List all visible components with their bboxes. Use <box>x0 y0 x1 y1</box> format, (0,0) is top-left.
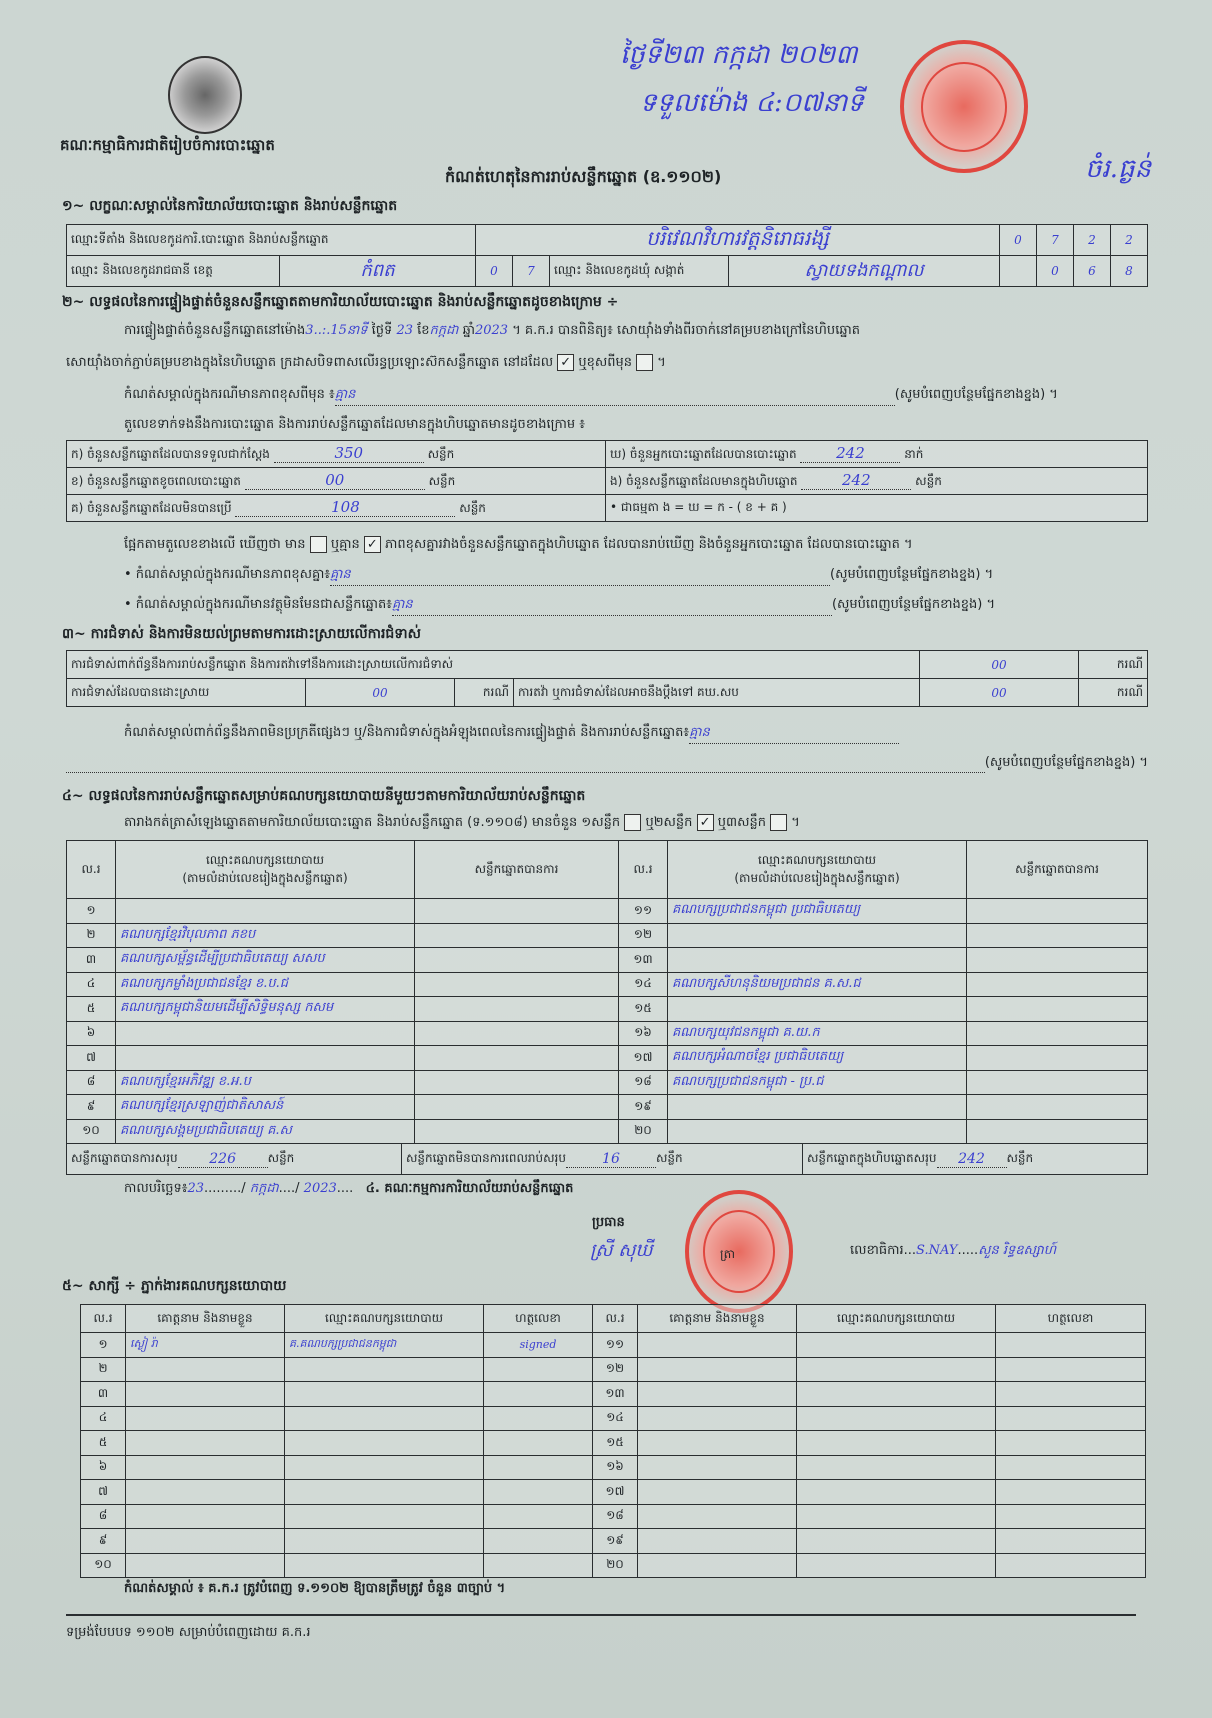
witness-table: ល.រ គោត្តនាម និងនាមខ្លួន ឈ្មោះគណបក្សនយោប… <box>80 1304 1146 1578</box>
witness-name <box>638 1431 797 1456</box>
witness-signature <box>996 1480 1146 1505</box>
party-name: គណបក្សយុវជនកម្ពុជា គ.យ.ក <box>668 1021 967 1046</box>
resolved-count: 00 <box>306 679 455 707</box>
ballots-in-box-value: 242 <box>801 471 911 490</box>
ballots-received-value: 350 <box>274 444 424 463</box>
witness-party <box>797 1431 996 1456</box>
valid-votes <box>415 1095 619 1120</box>
row-number: ១៨ <box>619 1070 668 1095</box>
formula: • ជាធម្មតា ង = ឃ = ក - ( ខ + គ ) <box>606 495 1148 522</box>
table-row: ៩គណបក្សខ្មែរស្រឡាញ់ជាតិសាសន៍១៩ <box>67 1095 1148 1120</box>
witness-name <box>126 1480 285 1505</box>
commune-code-digit: 0 <box>1037 256 1074 287</box>
total-valid-value: 226 <box>178 1151 268 1168</box>
party-name: គណបក្សកម្ពុជានិយមដើម្បីសិទ្ធិមនុស្ស កសម <box>116 997 415 1022</box>
date-day: 23 <box>187 1181 204 1196</box>
row-number: ៣ <box>81 1382 126 1407</box>
valid-votes <box>967 1119 1148 1144</box>
polling-station-name: បរិវេណវិហារវត្តនិរោធរង្សី <box>476 225 1000 256</box>
unused-ballots-value: 108 <box>235 498 455 517</box>
row-number: ៣ <box>67 948 116 973</box>
witness-party <box>285 1529 484 1554</box>
witness-party <box>797 1382 996 1407</box>
table-row: ៤១៤ <box>81 1406 1146 1431</box>
valid-votes <box>415 997 619 1022</box>
spoiled-ballots-value: 00 <box>245 471 425 490</box>
party-name: គណបក្សសីហនុនិយមប្រជាជន គ.ស.ជ <box>668 972 967 997</box>
valid-votes <box>415 899 619 924</box>
row-number: ១០ <box>67 1119 116 1144</box>
witness-party <box>797 1406 996 1431</box>
foreign-object-remark: • កំណត់សម្គាល់ក្នុងករណីមានវត្ថុមិនមែនជាស… <box>124 596 1144 616</box>
province-code-digit: 7 <box>513 256 550 287</box>
table-row: ៩១៩ <box>81 1529 1146 1554</box>
row-number: ១ <box>81 1333 126 1358</box>
party-results-table: ល.រ ឈ្មោះគណបក្សនយោបាយ(តាមលំដាប់លេខរៀងក្ន… <box>66 840 1148 1175</box>
witness-signature <box>484 1529 593 1554</box>
row-number: ១២ <box>619 923 668 948</box>
witness-party <box>797 1504 996 1529</box>
valid-votes <box>967 972 1148 997</box>
row-number: ៥ <box>81 1431 126 1456</box>
valid-votes <box>967 1095 1148 1120</box>
commune-code-digit: 8 <box>1111 256 1148 287</box>
witness-name <box>126 1455 285 1480</box>
valid-votes <box>967 1021 1148 1046</box>
row-number: ១៣ <box>593 1382 638 1407</box>
table-row: ៨១៨ <box>81 1504 1146 1529</box>
province-name: កំពត <box>280 258 475 285</box>
discrepancy-line: ផ្អែកតាមតួលេខខាងលើ ឃើញថា មាន ឬគ្មាន ✓ ភា… <box>124 536 913 555</box>
valid-votes <box>415 1046 619 1071</box>
valid-votes <box>415 972 619 997</box>
ballot-figures-table: ក) ចំនួនសន្លឹកឆ្នោតដែលបានទទួលជាក់ស្តែង 3… <box>66 440 1148 522</box>
table-row: ៦១៦គណបក្សយុវជនកម្ពុជា គ.យ.ក <box>67 1021 1148 1046</box>
valid-votes <box>967 899 1148 924</box>
witness-party <box>285 1406 484 1431</box>
party-name <box>668 948 967 973</box>
row-number: ១១ <box>619 899 668 924</box>
resolved-label: ការជំទាស់ដែលបានដោះស្រាយ <box>67 679 306 707</box>
valid-votes <box>967 1070 1148 1095</box>
chair-label: ប្រធាន <box>592 1214 625 1233</box>
station-code-digit: 2 <box>1074 225 1111 256</box>
province-code-digit: 0 <box>476 256 513 287</box>
objections-table: ការជំទាស់ពាក់ព័ន្ធនឹងការរាប់សន្លឹកឆ្នោត … <box>66 650 1148 707</box>
copies-note: កំណត់សម្គាល់ ៖ គ.ក.រ ត្រូវបំពេញ ទ.១១០២ ឱ… <box>124 1580 505 1599</box>
table-row: ១០គណបក្សសង្គមប្រជាធិបតេយ្យ គ.ស២០ <box>67 1119 1148 1144</box>
irregularity-note-value: គ្មាន <box>689 724 899 744</box>
witness-signature: signed <box>484 1333 593 1358</box>
party-name <box>116 899 415 924</box>
secretary-signature: S.NAY <box>916 1243 957 1258</box>
witness-signature <box>996 1406 1146 1431</box>
witness-name <box>638 1382 797 1407</box>
witness-name <box>638 1357 797 1382</box>
row-number: ៥ <box>67 997 116 1022</box>
valid-votes <box>415 923 619 948</box>
section4-heading: ៤~ លទ្ធផលនៃការរាប់សន្លឹកឆ្នោតសម្រាប់គណបក… <box>62 786 585 807</box>
table-row: ៣១៣ <box>81 1382 1146 1407</box>
witness-signature <box>484 1382 593 1407</box>
three-sheets-checkbox[interactable] <box>770 814 787 831</box>
commune-name: ស្វាយទងកណ្ដាល <box>729 256 1000 287</box>
witness-name <box>638 1455 797 1480</box>
party-name <box>116 1046 415 1071</box>
witness-name <box>638 1529 797 1554</box>
polling-station-label: ឈ្មោះទីតាំង និងលេខកូដការិ.បោះឆ្នោត និងរា… <box>67 225 476 256</box>
party-name: គណបក្សប្រជាជនកម្ពុជា - ប្រ.ជ <box>668 1070 967 1095</box>
table-row: ៨គណបក្សខ្មែរអភិវឌ្ឍ ខ.អ.ប១៨គណបក្សប្រជាជន… <box>67 1070 1148 1095</box>
row-number: ១៦ <box>593 1455 638 1480</box>
committee-label: ៤. គណៈកម្មការការិយាល័យរាប់សន្លឹកឆ្នោត <box>366 1181 574 1196</box>
row-number: ១៥ <box>593 1431 638 1456</box>
witness-signature <box>484 1455 593 1480</box>
row-number: ៤ <box>67 972 116 997</box>
table-row: ២១២ <box>81 1357 1146 1382</box>
valid-votes <box>967 923 1148 948</box>
row-number: ៩ <box>67 1095 116 1120</box>
section1-table: ឈ្មោះទីតាំង និងលេខកូដការិ.បោះឆ្នោត និងរា… <box>66 224 1148 287</box>
party-name: គណបក្សសង្គមប្រជាធិបតេយ្យ គ.ស <box>116 1119 415 1144</box>
different-checkbox[interactable] <box>636 354 653 371</box>
witness-signature <box>996 1333 1146 1358</box>
witness-name <box>638 1553 797 1578</box>
table-row: ៥១៥ <box>81 1431 1146 1456</box>
voters-value: 242 <box>800 444 900 463</box>
no-difference-checkbox[interactable]: ✓ <box>364 536 381 553</box>
chair-signature: ស្រី សុឃី <box>590 1238 653 1265</box>
official-stamp-top <box>900 40 1028 173</box>
witness-name <box>126 1357 285 1382</box>
witness-party <box>285 1357 484 1382</box>
section1-heading: ១~ លក្ខណៈសម្គាល់នៃការិយាល័យបោះឆ្នោត និងរ… <box>62 196 397 217</box>
witness-name <box>126 1553 285 1578</box>
witness-party <box>285 1480 484 1505</box>
table-row: ៧១៧ <box>81 1480 1146 1505</box>
table-row: ១០២០ <box>81 1553 1146 1578</box>
witness-party <box>285 1431 484 1456</box>
party-name <box>668 997 967 1022</box>
witness-signature <box>484 1553 593 1578</box>
section2-heading: ២~ លទ្ធផលនៃការផ្ទៀងផ្ទាត់ចំនួនសន្លឹកឆ្នោ… <box>62 292 618 313</box>
objections-count: 00 <box>920 651 1079 679</box>
figures-intro: តួលេខទាក់ទងនឹងការបោះឆ្នោត និងការរាប់សន្ល… <box>124 416 585 435</box>
row-number: ១៣ <box>619 948 668 973</box>
party-name: គណបក្សកម្លាំងប្រជាជនខ្មែរ ខ.ប.ជ <box>116 972 415 997</box>
province-label: ឈ្មោះ និងលេខកូដរាជធានី ខេត្ត <box>67 256 280 286</box>
table-row: ១១១គណបក្សប្រជាជនកម្ពុជា ប្រជាធិបតេយ្យ <box>67 899 1148 924</box>
two-sheets-checkbox[interactable]: ✓ <box>697 814 714 831</box>
party-name: គណបក្សខ្មែរអភិវឌ្ឍ ខ.អ.ប <box>116 1070 415 1095</box>
witness-signature <box>996 1553 1146 1578</box>
has-difference-checkbox[interactable] <box>310 536 327 553</box>
row-number: ២ <box>67 923 116 948</box>
witness-signature <box>996 1504 1146 1529</box>
appeal-count: 00 <box>920 679 1079 707</box>
official-stamp-bottom <box>685 1190 793 1313</box>
verification-line: ការផ្ទៀងផ្ទាត់ចំនួនសន្លឹកឆ្នោតនៅម៉ោង3..:… <box>124 322 860 341</box>
total-invalid-value: 16 <box>566 1151 656 1168</box>
witness-party <box>285 1504 484 1529</box>
appeal-label: ការតវ៉ា ឬការជំទាស់ដែលអាចនឹងប្ដឹងទៅ គឃ.សប <box>514 679 920 707</box>
row-number: ១ <box>67 899 116 924</box>
row-number: ៧ <box>81 1480 126 1505</box>
witness-signature <box>996 1431 1146 1456</box>
witness-name <box>638 1480 797 1505</box>
witness-name <box>638 1333 797 1358</box>
witness-party <box>285 1553 484 1578</box>
party-name <box>116 1021 415 1046</box>
difference-note: កំណត់សម្គាល់ក្នុងករណីមានភាពខុសពីមុន ៖គ្ម… <box>124 386 1144 406</box>
witness-signature <box>484 1357 593 1382</box>
verification-year: 2023 <box>475 323 508 338</box>
verification-day: 23 <box>396 323 413 338</box>
row-number: ១៩ <box>619 1095 668 1120</box>
witness-name <box>126 1529 285 1554</box>
secretary: លេខាធិការ...S.NAY.....សួន រិទ្ធឧស្សាហ៍ <box>850 1242 1056 1261</box>
org-name: គណៈកម្មាធិការជាតិរៀបចំការបោះឆ្នោត <box>60 136 275 158</box>
irregularity-note-cont: (សូមបំពេញបន្ថែមផ្នែកខាងខ្នង) ។ <box>66 754 1148 773</box>
row-number: ១៤ <box>619 972 668 997</box>
form-title: កំណត់ហេតុនៃការរាប់សន្លឹកឆ្នោត (ឧ.១១០២) <box>445 166 721 190</box>
party-name <box>668 1095 967 1120</box>
party-name: គណបក្សខ្មែរវិបុលភាព ភខប <box>116 923 415 948</box>
witness-party <box>797 1529 996 1554</box>
total-invalid: សន្លឹកឆ្នោតមិនបានការពេលរាប់សរុប16សន្លឹក <box>402 1144 803 1174</box>
witness-signature <box>996 1382 1146 1407</box>
row-number: ១៧ <box>619 1046 668 1071</box>
witness-name <box>126 1382 285 1407</box>
signing-date: កាលបរិច្ឆេទ៖23........./ កក្កដា..../ 202… <box>124 1180 573 1199</box>
one-sheet-checkbox[interactable] <box>624 814 641 831</box>
party-name: គណបក្សសម្ព័ន្ធដើម្បីប្រជាធិបតេយ្យ សសប <box>116 948 415 973</box>
witness-party <box>797 1333 996 1358</box>
total-valid: សន្លឹកឆ្នោតបានការសរុប226សន្លឹក <box>67 1144 402 1174</box>
witness-signature <box>484 1406 593 1431</box>
witness-party <box>285 1455 484 1480</box>
document-page: គណៈកម្មាធិការជាតិរៀបចំការបោះឆ្នោត ថ្ងៃទី… <box>0 0 1212 1718</box>
witness-signature <box>996 1455 1146 1480</box>
witness-signature <box>996 1357 1146 1382</box>
row-number: ៦ <box>67 1021 116 1046</box>
witness-name <box>126 1431 285 1456</box>
total-in-box-value: 242 <box>937 1151 1007 1168</box>
party-name <box>668 1119 967 1144</box>
row-number: ១៥ <box>619 997 668 1022</box>
difference-remark: • កំណត់សម្គាល់ក្នុងករណីមានភាពខុសគ្នា៖គ្ម… <box>124 566 1144 586</box>
station-code-digit: 0 <box>1000 225 1037 256</box>
verification-time: 3..:.15នាទី <box>305 323 367 338</box>
row-number: ១៤ <box>593 1406 638 1431</box>
row-number: ៩ <box>81 1529 126 1554</box>
row-number: ១៨ <box>593 1504 638 1529</box>
valid-votes <box>967 948 1148 973</box>
witness-signature <box>484 1431 593 1456</box>
table-row: ៥គណបក្សកម្ពុជានិយមដើម្បីសិទ្ធិមនុស្ស កសម… <box>67 997 1148 1022</box>
verification-month: កក្កដា <box>430 323 459 338</box>
footer-divider <box>66 1614 1136 1616</box>
tally-sheet-line: តារាងកត់ត្រាសំឡេងឆ្នោតតាមការិយាល័យបោះឆ្ន… <box>124 814 800 833</box>
witness-name <box>638 1406 797 1431</box>
witness-party <box>797 1357 996 1382</box>
difference-note-value: គ្មាន <box>335 386 895 406</box>
row-number: ៨ <box>67 1070 116 1095</box>
valid-votes <box>415 1070 619 1095</box>
witness-party <box>797 1553 996 1578</box>
station-code-digit: 7 <box>1037 225 1074 256</box>
party-name: គណបក្សខ្មែរស្រឡាញ់ជាតិសាសន៍ <box>116 1095 415 1120</box>
row-number: ១៧ <box>593 1480 638 1505</box>
witness-party: គ.គណបក្សប្រជាជនកម្ពុជា <box>285 1333 484 1358</box>
party-name <box>668 923 967 948</box>
objections-label: ការជំទាស់ពាក់ព័ន្ធនឹងការរាប់សន្លឹកឆ្នោត … <box>67 651 920 679</box>
stamp-label: ត្រា <box>720 1246 735 1264</box>
commune-label: ឈ្មោះ និងលេខកូដឃុំ សង្កាត់ <box>550 256 729 287</box>
row-number: ២០ <box>593 1553 638 1578</box>
witness-name: ស្ងៀ រ៉ា <box>126 1333 285 1358</box>
party-name: គណបក្សប្រជាជនកម្ពុជា ប្រជាធិបតេយ្យ <box>668 899 967 924</box>
row-number: ១២ <box>593 1357 638 1382</box>
witness-signature <box>996 1529 1146 1554</box>
handwritten-code: ចំរ.ធ្ងន់ <box>1085 152 1151 190</box>
same-as-before-checkbox[interactable]: ✓ <box>557 354 574 371</box>
handwritten-note-date: ថ្ងៃទី២៣ កក្កដា ២០២៣ <box>620 38 857 76</box>
footer-text: ទម្រង់បែបបទ ១១០២ សម្រាប់បំពេញដោយ គ.ក.រ <box>66 1624 311 1643</box>
handwritten-note-time: ទទួលម៉ោង ៤:០៧នាទី <box>640 86 864 124</box>
irregularity-note: កំណត់សម្គាល់ពាក់ព័ន្ធនឹងភាពមិនប្រក្រតីផ្… <box>124 724 899 744</box>
station-code-digit: 2 <box>1111 225 1148 256</box>
foreign-object-remark-value: គ្មាន <box>392 596 832 616</box>
row-number: ៨ <box>81 1504 126 1529</box>
row-number: ២០ <box>619 1119 668 1144</box>
row-number: ១៦ <box>619 1021 668 1046</box>
valid-votes <box>415 948 619 973</box>
date-year: 2023 <box>304 1181 337 1196</box>
total-in-box: សន្លឹកឆ្នោតក្នុងហិបឆ្នោតសរុប242សន្លឹក <box>803 1144 1147 1174</box>
table-row: ២គណបក្សខ្មែរវិបុលភាព ភខប១២ <box>67 923 1148 948</box>
row-number: ១១ <box>593 1333 638 1358</box>
witness-party <box>797 1455 996 1480</box>
section3-heading: ៣~ ការជំទាស់ និងការមិនយល់ព្រមតាមការដោះស្… <box>62 624 421 645</box>
table-row: ៧១៧គណបក្សអំណាចខ្មែរ ប្រជាធិបតេយ្យ <box>67 1046 1148 1071</box>
witness-party <box>797 1480 996 1505</box>
valid-votes <box>415 1119 619 1144</box>
valid-votes <box>415 1021 619 1046</box>
witness-name <box>638 1504 797 1529</box>
commune-code-digit: 6 <box>1074 256 1111 287</box>
table-row: ៣គណបក្សសម្ព័ន្ធដើម្បីប្រជាធិបតេយ្យ សសប១៣ <box>67 948 1148 973</box>
witness-signature <box>484 1504 593 1529</box>
row-number: ៦ <box>81 1455 126 1480</box>
row-number: ១០ <box>81 1553 126 1578</box>
table-row: ៤គណបក្សកម្លាំងប្រជាជនខ្មែរ ខ.ប.ជ១៤គណបក្ស… <box>67 972 1148 997</box>
party-name: គណបក្សអំណាចខ្មែរ ប្រជាធិបតេយ្យ <box>668 1046 967 1071</box>
row-number: ៧ <box>67 1046 116 1071</box>
secretary-name: សួន រិទ្ធឧស្សាហ៍ <box>978 1243 1056 1258</box>
witness-name <box>126 1504 285 1529</box>
row-number: ១៩ <box>593 1529 638 1554</box>
seal-status-line: សោយ៉ាំងចាក់ភ្ជាប់គម្របខាងក្នុងនៃហិបឆ្នោត… <box>66 354 666 373</box>
witness-signature <box>484 1480 593 1505</box>
valid-votes <box>967 997 1148 1022</box>
row-number: ២ <box>81 1357 126 1382</box>
witness-party <box>285 1382 484 1407</box>
table-row: ៦១៦ <box>81 1455 1146 1480</box>
section5-heading: ៥~ សាក្សី ÷ ភ្នាក់ងារគណបក្សនយោបាយ <box>62 1276 287 1297</box>
row-number: ៤ <box>81 1406 126 1431</box>
table-row: ១ស្ងៀ រ៉ាគ.គណបក្សប្រជាជនកម្ពុជាsigned១១ <box>81 1333 1146 1358</box>
difference-remark-value: គ្មាន <box>330 566 830 586</box>
witness-name <box>126 1406 285 1431</box>
valid-votes <box>967 1046 1148 1071</box>
nec-emblem-icon <box>168 56 242 134</box>
date-month: កក្កដា <box>250 1181 279 1196</box>
